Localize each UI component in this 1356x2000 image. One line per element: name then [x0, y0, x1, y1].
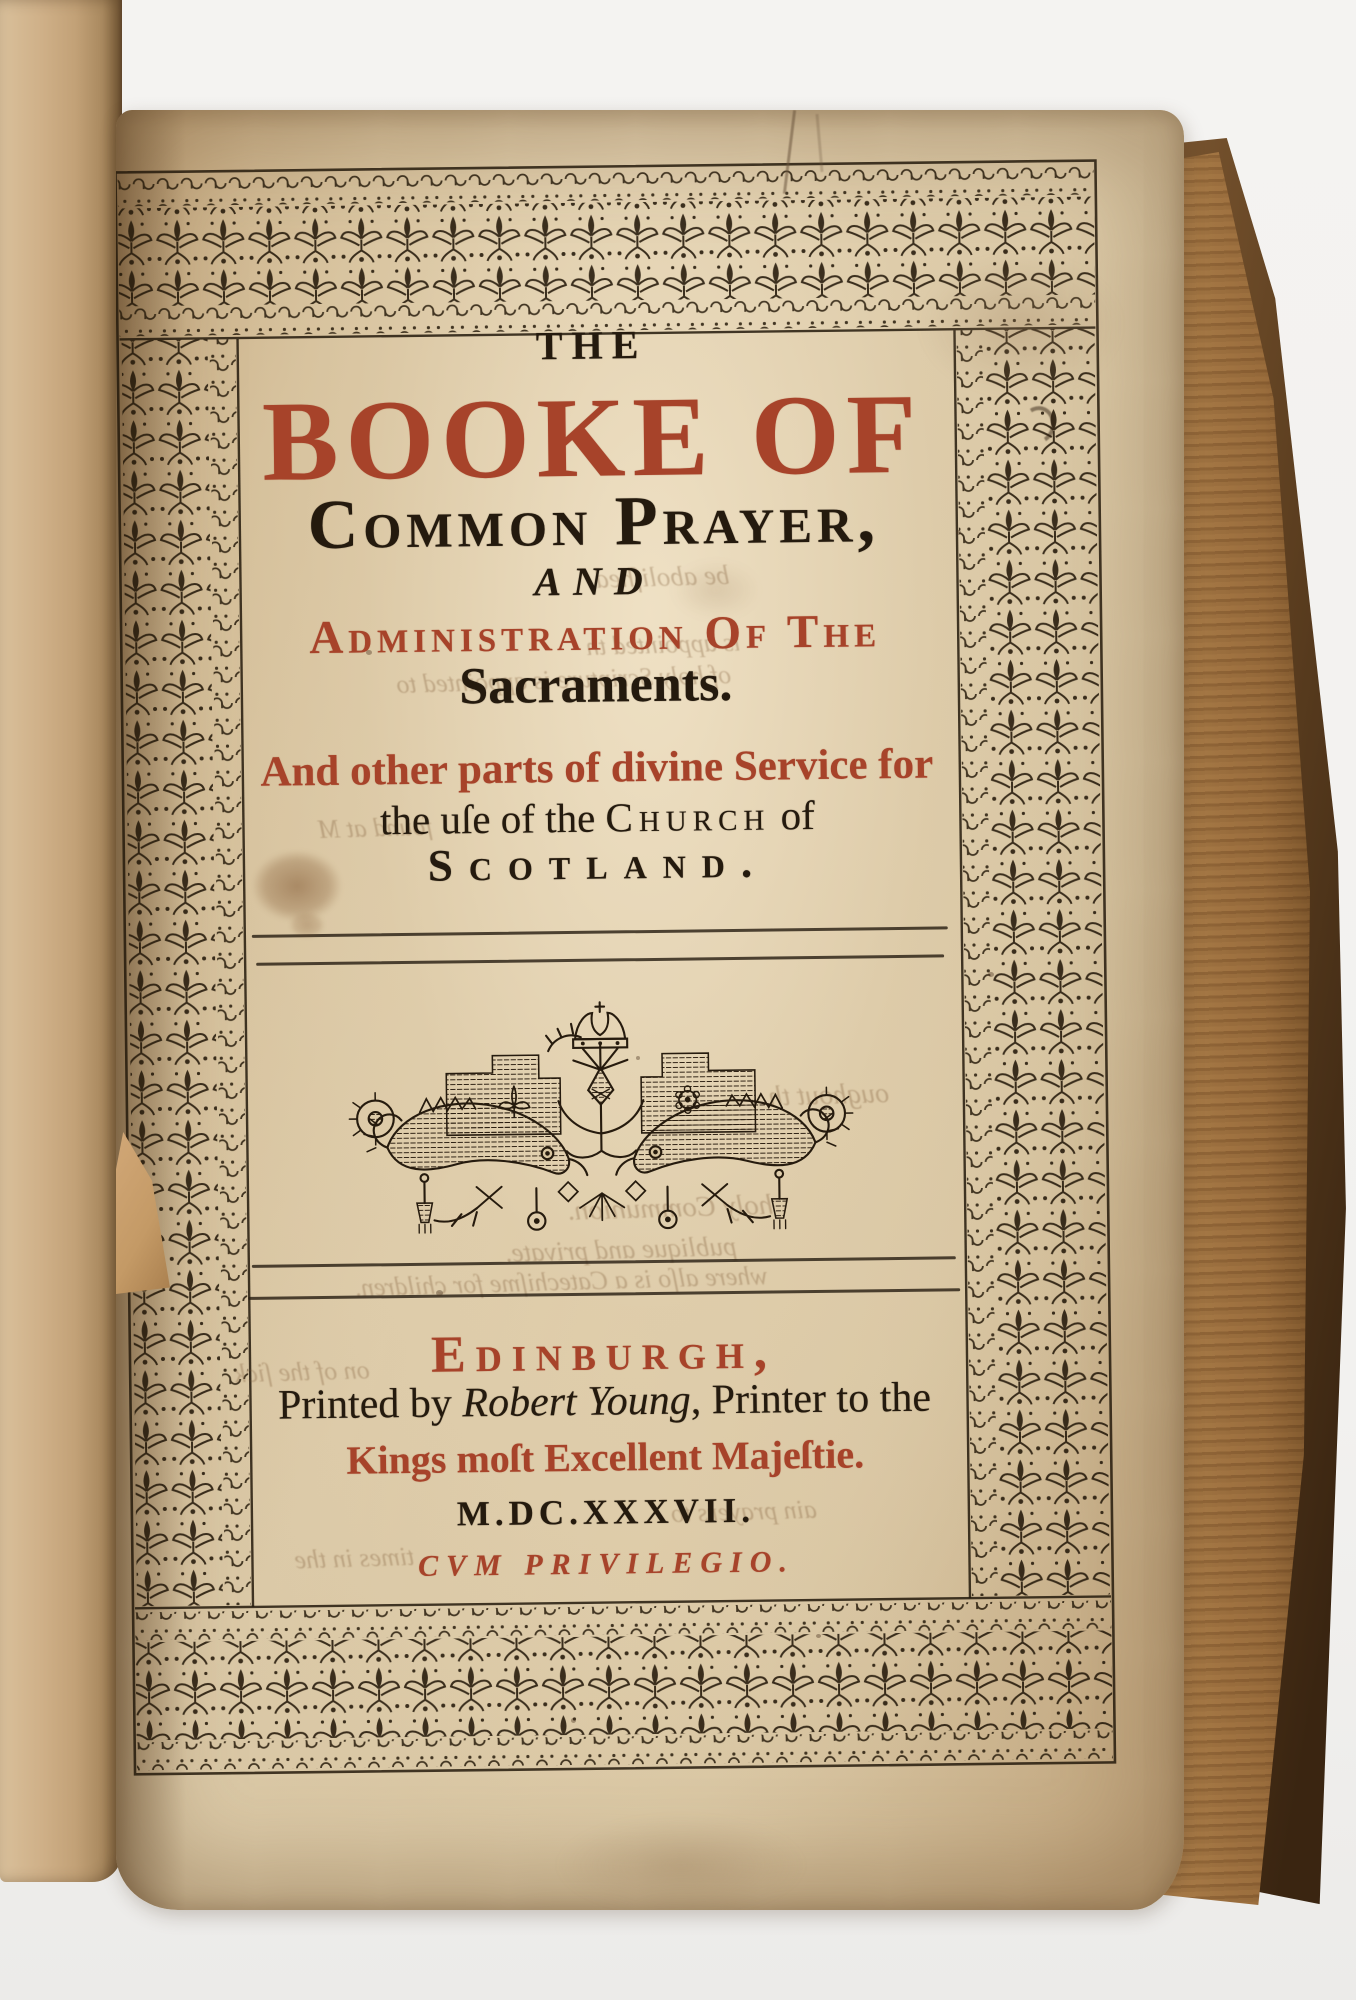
title-line-other-parts: And other parts of divine Service for — [197, 742, 997, 796]
facing-page-leaf — [0, 0, 122, 1882]
photo-background: be aboliſhed is appointed th of holy Scr… — [0, 0, 1356, 2000]
imprint-printer-pre: Printed by — [278, 1380, 463, 1428]
ink-speckle — [436, 1290, 443, 1296]
ink-speckle — [956, 530, 961, 535]
imprint-printer: Printed by Robert Young, Printer to the — [204, 1376, 1004, 1429]
imprint-printer-name: Robert Young — [462, 1378, 691, 1427]
crowned-thistle-dolphins-ornament — [329, 979, 873, 1278]
title-line-sacraments: Sacraments. — [195, 654, 996, 718]
paper-discoloration — [886, 230, 1156, 420]
title-page-leaf: be aboliſhed is appointed th of holy Scr… — [116, 110, 1184, 1910]
ink-speckle — [816, 1634, 821, 1638]
ink-speckle — [988, 972, 994, 977]
church-line-pre: the uſe of the — [380, 795, 606, 844]
ink-speckle — [571, 1718, 576, 1723]
church-word: Church — [605, 793, 770, 841]
ink-speckle — [366, 650, 372, 655]
imprint-printer-post: , Printer to the — [690, 1375, 931, 1424]
paper-discoloration — [656, 550, 776, 630]
printers-device-woodcut — [329, 979, 873, 1278]
title-line-common-prayer: Common Prayer, — [193, 482, 994, 565]
ink-speckle — [636, 1056, 640, 1060]
church-line-post: of — [770, 792, 815, 839]
